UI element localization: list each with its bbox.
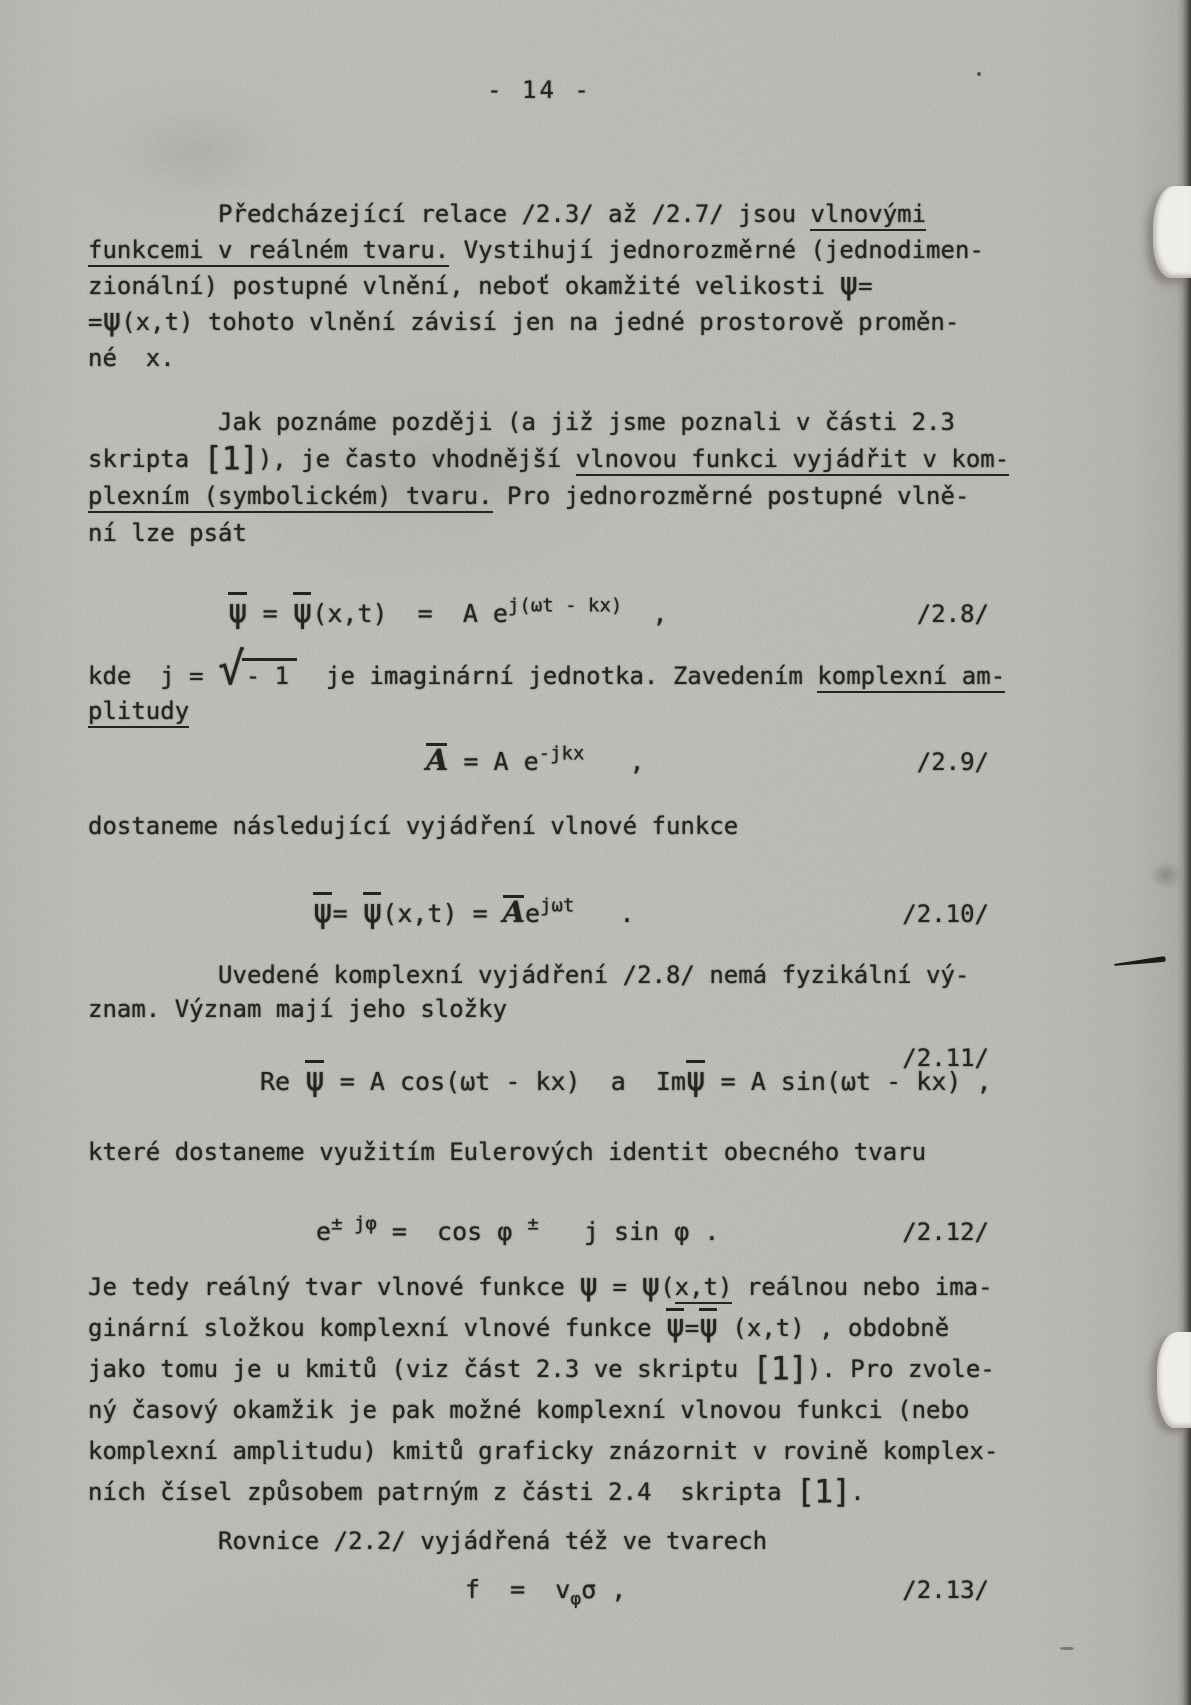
underlined-text: x,t) bbox=[675, 1273, 733, 1304]
text-run: ), je často vhodnější bbox=[258, 445, 576, 473]
overbar-symbol: ψ bbox=[228, 594, 248, 628]
equation-number: /2.8/ bbox=[917, 592, 989, 636]
text-line: =ψ(x,t) tohoto vlnění závisí jen na jedn… bbox=[88, 304, 991, 340]
text-run: Rovnice /2.2/ vyjádřená též ve tvarech bbox=[88, 1527, 767, 1555]
text-line: Rovnice /2.2/ vyjádřená též ve tvarech bbox=[88, 1523, 991, 1559]
text-run: komplexní amplitudu) kmitů graficky znáz… bbox=[88, 1437, 998, 1465]
equation: Re ψ = A cos(ωt - kx) a Imψ = A sin(ωt -… bbox=[88, 1060, 991, 1104]
overbar-symbol: ψ bbox=[363, 894, 383, 928]
text-run: Je tedy reálný tvar vlnové funkce bbox=[88, 1273, 579, 1301]
text-run: reálnou nebo ima- bbox=[732, 1273, 992, 1301]
equation: ψ= ψ(x,t) = Aejωt ./2.10/ bbox=[88, 892, 991, 936]
text-run: ψ bbox=[641, 1267, 660, 1303]
text-run: Jak poznáme později (a již jsme poznali … bbox=[88, 408, 955, 436]
text-run: f = v bbox=[465, 1575, 570, 1604]
overbar-symbol: ψ bbox=[666, 1310, 685, 1343]
text-run: = bbox=[88, 308, 102, 336]
text-run: ( bbox=[660, 1273, 674, 1301]
paragraph: Je tedy reálný tvar vlnové funkce ψ = ψ(… bbox=[88, 1267, 991, 1513]
text-line: Uvedené komplexní vyjádření /2.8/ nemá f… bbox=[88, 958, 991, 992]
text-run: = bbox=[248, 599, 293, 628]
equation-content: Re ψ = A cos(ωt - kx) a Imψ = A sin(ωt -… bbox=[260, 1060, 992, 1104]
text-run: = A cos(ωt - kx) a Im bbox=[325, 1067, 686, 1096]
text-run: = bbox=[333, 899, 363, 928]
text-run: j(ωt - kx) bbox=[508, 595, 622, 617]
text-run: (x,t) = A e bbox=[312, 599, 508, 628]
paragraph: Předcházející relace /2.3/ až /2.7/ jsou… bbox=[88, 196, 991, 376]
text-line: kde j = √- 1 je imaginární jednotka. Zav… bbox=[88, 659, 991, 694]
text-run: φ bbox=[570, 1588, 581, 1609]
text-line: znam. Význam mají jeho složky bbox=[88, 992, 991, 1026]
text-run: (x,t) tohoto vlnění závisí jen na jedné … bbox=[121, 308, 959, 336]
text-line: dostaneme následující vyjádření vlnové f… bbox=[88, 808, 991, 844]
text-line: zionální) postupné vlnění, neboť okamžit… bbox=[88, 268, 991, 304]
text-run: [1] bbox=[204, 442, 258, 478]
text-line: plitudy bbox=[88, 694, 991, 729]
text-run: ginární složkou komplexní vlnové funkce bbox=[88, 1314, 666, 1342]
text-run: Pro jednorozměrné postupné vlně- bbox=[493, 482, 970, 510]
equation-number: /2.13/ bbox=[902, 1568, 989, 1612]
text-line: Předcházející relace /2.3/ až /2.7/ jsou… bbox=[88, 196, 991, 232]
text-run: Předcházející relace /2.3/ až /2.7/ jsou bbox=[88, 200, 810, 228]
text-run: znam. Význam mají jeho složky bbox=[88, 995, 507, 1023]
text-run: = bbox=[685, 1314, 699, 1342]
text-run: = cos φ bbox=[377, 1217, 528, 1246]
underlined-text: komplexní am- bbox=[817, 662, 1005, 693]
paragraph: Jak poznáme později (a již jsme poznali … bbox=[88, 404, 991, 552]
equation: e± jφ = cos φ ± j sin φ ./2.12/ bbox=[88, 1210, 991, 1254]
underlined-text: vlnovou funkci vyjádřit v kom- bbox=[576, 445, 1009, 476]
paragraph: Rovnice /2.2/ vyjádřená též ve tvarech bbox=[88, 1523, 991, 1559]
text-line: ný časový okamžik je pak možné komplexní… bbox=[88, 1390, 991, 1431]
text-run: e bbox=[525, 899, 540, 928]
equation-number: /2.11/ bbox=[902, 1036, 989, 1080]
equation-number: /2.9/ bbox=[917, 740, 989, 784]
underlined-text: plitudy bbox=[88, 697, 189, 728]
text-run: (x,t) , obdobně bbox=[718, 1314, 949, 1342]
text-line: jako tomu je u kmitů (viz část 2.3 ve sk… bbox=[88, 1349, 991, 1390]
text-run: skripta bbox=[88, 445, 204, 473]
text-run: , bbox=[584, 747, 644, 776]
equation-content: e± jφ = cos φ ± j sin φ . bbox=[316, 1210, 719, 1254]
text-run: [1] bbox=[753, 1352, 807, 1388]
ink-speck bbox=[977, 72, 981, 76]
text-line: né x. bbox=[88, 340, 991, 376]
text-run: ψ bbox=[102, 302, 121, 338]
text-line: funkcemi v reálném tvaru. Vystihují jedn… bbox=[88, 232, 991, 268]
equation-number: /2.10/ bbox=[902, 892, 989, 936]
overbar-symbol: ψ bbox=[305, 1062, 325, 1096]
paragraph: kde j = √- 1 je imaginární jednotka. Zav… bbox=[88, 659, 991, 729]
text-run: které dostaneme využitím Eulerových iden… bbox=[88, 1138, 926, 1166]
text-run: σ , bbox=[581, 1575, 626, 1604]
text-run: = bbox=[598, 1273, 641, 1301]
text-run: [1] bbox=[796, 1475, 850, 1511]
text-run: zionální) postupné vlnění, neboť okamžit… bbox=[88, 272, 839, 300]
text-run: ± bbox=[527, 1213, 538, 1235]
equation: ψ = ψ(x,t) = A ej(ωt - kx) ,/2.8/ bbox=[88, 592, 991, 636]
overbar-symbol: ψ bbox=[313, 894, 333, 928]
torn-paper-hole-top bbox=[1153, 186, 1191, 278]
text-run: , bbox=[622, 599, 667, 628]
text-run: = A e bbox=[448, 747, 538, 776]
equation-content: f = vφσ , bbox=[465, 1568, 626, 1612]
text-line: komplexní amplitudu) kmitů graficky znáz… bbox=[88, 1431, 991, 1472]
equation-content: ψ= ψ(x,t) = Aejωt . bbox=[313, 892, 635, 936]
text-run: je imaginární jednotka. Zavedením bbox=[297, 662, 817, 690]
equation: f = vφσ ,/2.13/ bbox=[88, 1568, 991, 1612]
text-run: ± jφ bbox=[331, 1213, 377, 1235]
overbar-symbol: A bbox=[503, 897, 525, 927]
text-run: . bbox=[850, 1478, 864, 1506]
paragraph: které dostaneme využitím Eulerových iden… bbox=[88, 1134, 991, 1170]
text-run: ). Pro zvole- bbox=[807, 1355, 995, 1383]
equation-content: A = A e-jkx , bbox=[426, 740, 645, 784]
text-run: = bbox=[858, 272, 872, 300]
text-run: ních čísel způsobem patrným z části 2.4 … bbox=[88, 1478, 796, 1506]
text-run: kde j = bbox=[88, 662, 218, 690]
text-run: j sin φ . bbox=[539, 1217, 720, 1246]
text-line: Je tedy reálný tvar vlnové funkce ψ = ψ(… bbox=[88, 1267, 991, 1308]
underlined-text: vlnovými bbox=[810, 200, 926, 231]
text-run: dostaneme následující vyjádření vlnové f… bbox=[88, 812, 738, 840]
radicand: - 1 bbox=[242, 658, 297, 690]
equation-content: ψ = ψ(x,t) = A ej(ωt - kx) , bbox=[228, 592, 668, 636]
text-line: skripta [1]), je často vhodnější vlnovou… bbox=[88, 441, 991, 478]
torn-paper-hole-bottom bbox=[1157, 1332, 1191, 1428]
text-run: Uvedené komplexní vyjádření /2.8/ nemá f… bbox=[88, 961, 969, 989]
text-run: ní lze psát bbox=[88, 519, 247, 547]
text-run: ný časový okamžik je pak možné komplexní… bbox=[88, 1396, 969, 1424]
overbar-symbol: ψ bbox=[699, 1310, 718, 1343]
text-column: Předcházející relace /2.3/ až /2.7/ jsou… bbox=[0, 0, 1191, 1705]
text-run: . bbox=[574, 899, 634, 928]
overbar-symbol: ψ bbox=[686, 1062, 706, 1096]
text-run: ψ bbox=[579, 1267, 598, 1303]
text-run: e bbox=[316, 1217, 331, 1246]
underlined-text: plexním (symbolickém) tvaru. bbox=[88, 482, 493, 513]
radical-sign: √ bbox=[218, 644, 242, 695]
equation: A = A e-jkx ,/2.9/ bbox=[88, 740, 991, 784]
paragraph: Uvedené komplexní vyjádření /2.8/ nemá f… bbox=[88, 958, 991, 1026]
scanned-page: - 14 - Předcházející relace /2.3/ až /2.… bbox=[0, 0, 1191, 1705]
text-run: -jkx bbox=[539, 743, 585, 765]
text-line: Jak poznáme později (a již jsme poznali … bbox=[88, 404, 991, 441]
overbar-symbol: ψ bbox=[293, 594, 313, 628]
text-line: ních čísel způsobem patrným z části 2.4 … bbox=[88, 1472, 991, 1513]
text-run: ψ bbox=[839, 266, 858, 302]
text-line: které dostaneme využitím Eulerových iden… bbox=[88, 1134, 991, 1170]
overbar-symbol: A bbox=[426, 745, 448, 775]
paragraph: dostaneme následující vyjádření vlnové f… bbox=[88, 808, 991, 844]
text-run: né x. bbox=[88, 344, 175, 372]
ink-speck bbox=[1060, 1647, 1074, 1650]
text-run: jωt bbox=[540, 895, 574, 917]
text-run: Vystihují jednorozměrné (jednodimen- bbox=[449, 236, 984, 264]
text-line: ní lze psát bbox=[88, 515, 991, 552]
text-line: ginární složkou komplexní vlnové funkce … bbox=[88, 1308, 991, 1349]
square-root: √- 1 bbox=[218, 670, 297, 676]
underlined-text: funkcemi v reálném tvaru. bbox=[88, 236, 449, 267]
text-run: Re bbox=[260, 1067, 305, 1096]
text-run: jako tomu je u kmitů (viz část 2.3 ve sk… bbox=[88, 1355, 753, 1383]
text-line: plexním (symbolickém) tvaru. Pro jednoro… bbox=[88, 478, 991, 515]
equation-number: /2.12/ bbox=[902, 1210, 989, 1254]
text-run: (x,t) = bbox=[382, 899, 502, 928]
